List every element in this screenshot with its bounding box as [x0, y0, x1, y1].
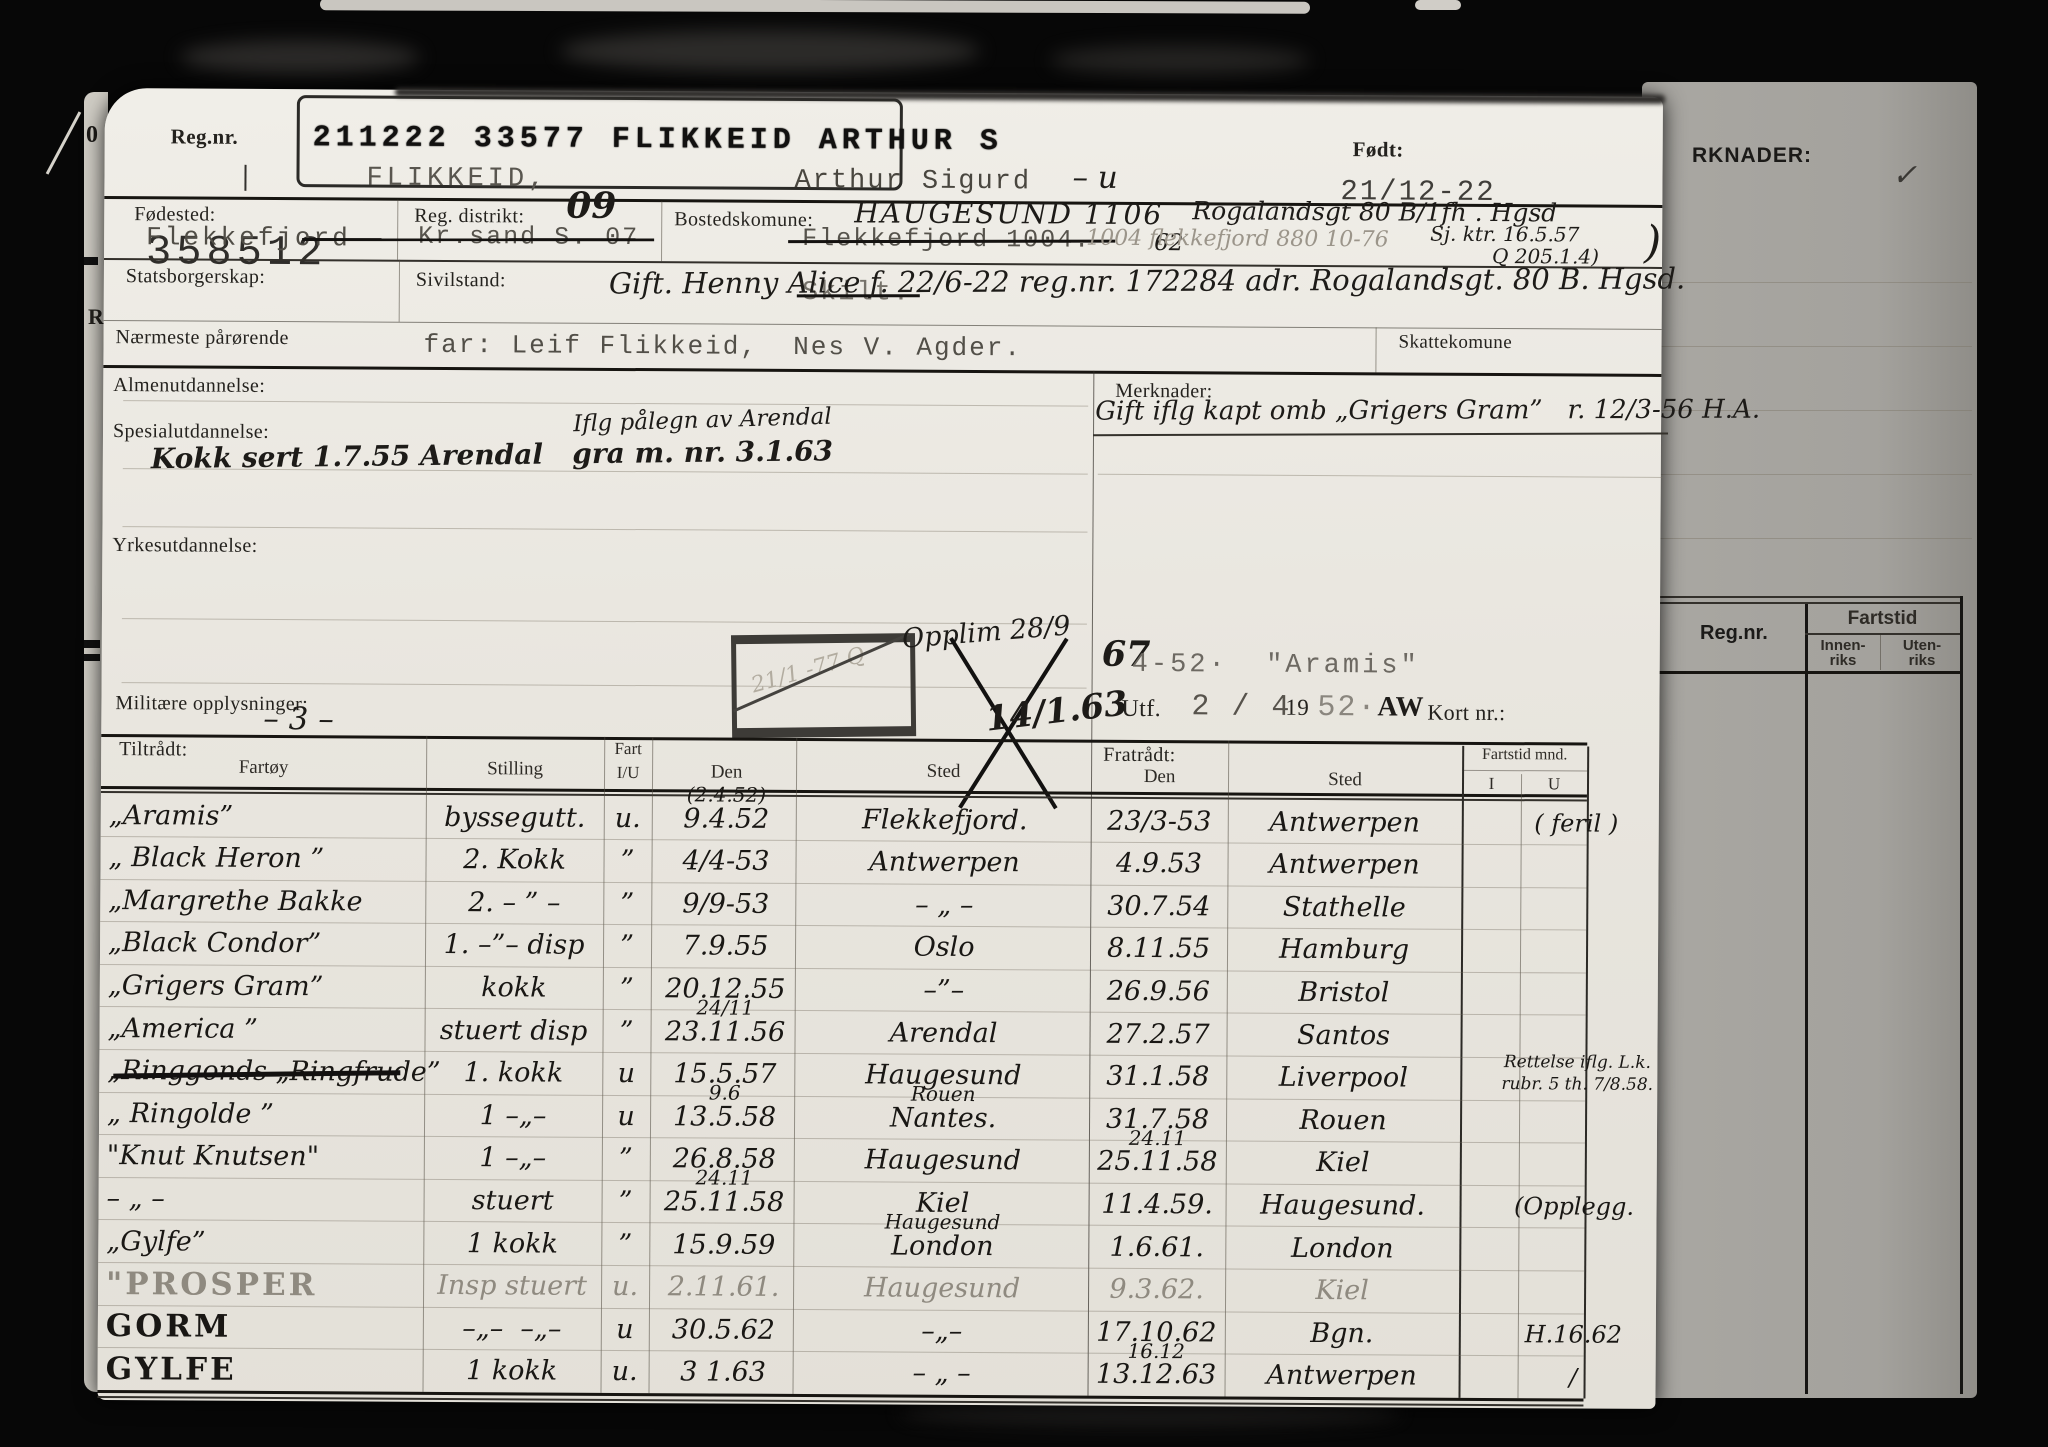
edge-mark-r: R — [88, 304, 104, 330]
remarks-hand: Gift iflg kapt omb „Grigers Gram” r. 12/… — [1095, 395, 1760, 427]
scan-smudge — [180, 40, 420, 74]
utf-day-typed: 2 / 4 — [1191, 690, 1291, 725]
rule — [122, 526, 1087, 533]
ship-register-card: Reg.nr. 358512 211222 33577 FLIKKEID ART… — [97, 88, 1663, 1409]
rule — [123, 400, 1088, 407]
rule — [1652, 474, 1972, 475]
edge-paren-hand: ) — [1644, 217, 1661, 268]
cell-fartoy: „Ringgonds „Ringfrude” — [107, 1050, 419, 1094]
cell-fratradt-sted: Bristol — [1230, 971, 1458, 1014]
cell-fratradt-sted: Antwerpen — [1231, 800, 1459, 843]
cell-fart: ” — [602, 1010, 650, 1052]
given-names-typed: Arthur Sigurd — [794, 166, 1031, 197]
cell-fartoy: "Knut Knutsen" — [107, 1135, 419, 1179]
col-header-stilling: Stilling — [426, 758, 604, 781]
cell-sted: – „ – — [797, 1352, 1085, 1396]
citizenship-label: Statsborgerskap: — [126, 265, 265, 289]
cell-stilling: –„– –„– — [426, 1307, 598, 1350]
col-header-sted: Sted — [796, 760, 1091, 784]
edge-dash — [84, 640, 100, 648]
underline — [1093, 432, 1668, 436]
cell-stilling: kokk — [428, 966, 600, 1009]
cell-stilling: 1 –„– — [427, 1137, 599, 1180]
x-date-hand: 14/1.63 — [984, 683, 1130, 739]
scanned-register-card-page: 0 R RKNADER: ✓ Reg.nr. Fartstid Innen- r… — [0, 0, 2048, 1447]
marital-hand: Gift. Henny Alice f. 22/6-22 reg.nr. 172… — [609, 261, 1685, 300]
cell-stilling: 1. kokk — [427, 1051, 599, 1094]
rule — [104, 320, 1662, 330]
cell-fratradt-sted: Haugesund. — [1228, 1184, 1456, 1227]
vocational-education-label: Yrkesutdannelse: — [112, 534, 257, 558]
cell-fratradt-sted: Antwerpen — [1230, 843, 1458, 886]
scan-slash-mark — [46, 111, 82, 174]
col-header-fart: Fart — [597, 739, 659, 759]
cell-fratradt-sted: Antwerpen — [1227, 1354, 1455, 1397]
cell-stilling: 2. – ” – — [428, 881, 600, 924]
cell-fratradt-sted: Kiel — [1228, 1269, 1456, 1312]
rule — [1880, 635, 1881, 670]
cell-stilling: byssegutt. — [429, 796, 601, 839]
aw-stamp: AW — [1377, 691, 1424, 723]
cell-fartoy: "PROSPER — [106, 1263, 418, 1307]
edge-mark-zero: 0 — [86, 122, 98, 149]
utf-century: 19 — [1285, 695, 1309, 721]
district-hand: 09 — [566, 185, 616, 227]
edge-dash — [84, 654, 100, 661]
cell-fartoy: „Margrethe Bakke — [108, 879, 420, 923]
utenriks-line2: riks — [1909, 652, 1936, 669]
name-stamp: 211222 33577 FLIKKEID ARTHUR S — [313, 121, 1003, 159]
cell-fartoy: „ Ringolde ” — [107, 1092, 419, 1136]
background-card-utenriks-label: Uten- riks — [1884, 638, 1960, 668]
background-card-regnr-label: Reg.nr. — [1700, 622, 1768, 645]
fratradt-label: Fratrådt: — [1103, 744, 1176, 767]
cell-fartoy: „Aramis” — [109, 794, 421, 838]
cell-stilling: Insp stuert — [426, 1264, 598, 1307]
cell-fartoy: GYLFE — [106, 1348, 418, 1392]
regnr-label: Reg.nr. — [171, 124, 239, 149]
first-ship-note-typed: 4-52· "Aramis" — [1132, 650, 1420, 682]
marital-label: Sivilstand: — [416, 269, 506, 293]
residence-struck: Flekkefjord 1004. — [802, 224, 1091, 255]
rule — [1650, 671, 1962, 674]
cell-fart: u. — [604, 797, 652, 839]
cell-fratradt-sted: Stathelle — [1230, 886, 1458, 929]
rule — [399, 260, 400, 322]
scan-top-sliver-right — [1415, 0, 1461, 10]
col-header-fartoy: Fartøy — [101, 756, 426, 780]
tick-mark — [244, 165, 246, 191]
cell-fratradt-sted: Hamburg — [1230, 928, 1458, 971]
cell-fart: ” — [603, 925, 651, 967]
scan-smudge — [1050, 45, 1310, 75]
tax-municipality-label: Skattekomune — [1398, 331, 1512, 354]
col-header-fartstid: Fartstid mnd. — [1462, 746, 1587, 765]
background-card-merknader-label: RKNADER: — [1692, 144, 1812, 168]
utf-label: Utf. — [1121, 696, 1161, 723]
cell-fart: ” — [601, 1180, 649, 1222]
cell-fartoy: „Gylfe” — [106, 1220, 418, 1264]
hand-mark: – u — [1072, 160, 1118, 196]
strike-line — [302, 238, 654, 241]
scan-top-sliver — [320, 0, 1310, 14]
rule — [1650, 596, 1962, 598]
rule — [1652, 538, 1972, 539]
cell-stilling: 1 –„– — [427, 1094, 599, 1137]
next-of-kin-label: Nærmeste pårørende — [115, 326, 288, 350]
rule — [1805, 604, 1808, 1394]
cell-fart: u. — [601, 1265, 649, 1307]
office-note-hand: Sj. ktr. 16.5.57 — [1430, 222, 1579, 247]
cell-margin-note-line2 — [1466, 1370, 1686, 1395]
cell-fartoy: GORM — [106, 1305, 418, 1349]
utf-year-typed: 52· — [1317, 691, 1377, 725]
rule — [1375, 327, 1376, 372]
rule — [1960, 596, 1963, 1394]
oppl-note-hand: Opplim 28/9 — [901, 610, 1072, 655]
cell-fartoy: – „ – — [106, 1177, 418, 1221]
cell-fart: u — [602, 1052, 650, 1094]
cell-fratradt-sted: Kiel — [1229, 1141, 1457, 1184]
rule — [1098, 474, 1663, 478]
rule — [661, 201, 662, 261]
scan-smudge — [560, 30, 980, 72]
special-education-note-hand: Iflg pålegn av Arendal — [573, 404, 832, 438]
cell-fartoy: „America ” — [107, 1007, 419, 1051]
col-header-den: Den — [657, 761, 796, 784]
cell-den: 3 1.63 — [653, 1351, 792, 1394]
rule — [1652, 282, 1972, 283]
cell-fart: ” — [601, 1223, 649, 1265]
col-header-fra-sted: Sted — [1228, 768, 1462, 791]
background-card-innenriks-label: Innen- riks — [1808, 638, 1878, 668]
cell-stilling: stuert disp — [427, 1009, 599, 1052]
residence-pencil: 1004 flekkefjord 880 10-76 — [1086, 226, 1389, 253]
cell-stilling: stuert — [426, 1179, 598, 1222]
cell-stilling: 1. –”– disp — [428, 924, 600, 967]
born-label: Født: — [1353, 137, 1404, 162]
rule — [1805, 633, 1962, 635]
cell-fart: ” — [603, 839, 651, 881]
residence-label: Bostedskomune: — [674, 208, 813, 232]
military-info-hand: – 3 – — [263, 701, 334, 737]
cell-fart: ” — [603, 882, 651, 924]
cell-stilling: 2. Kokk — [428, 838, 600, 881]
cell-fratradt-sted: Rouen — [1229, 1099, 1457, 1142]
surname-typed: FLIKKEID, — [366, 164, 548, 195]
rule — [397, 200, 398, 260]
cell-fratradt-den: 13.12.63 — [1089, 1353, 1222, 1396]
rule — [103, 365, 1661, 377]
general-education-label: Almenutdannelse: — [113, 374, 265, 398]
cell-fratradt-sted: Liverpool — [1229, 1056, 1457, 1099]
cell-fart: u — [602, 1095, 650, 1137]
cell-fart: ” — [602, 1138, 650, 1180]
cell-fartoy: „Grigers Gram” — [108, 964, 420, 1008]
edge-dash — [84, 257, 98, 265]
background-card: RKNADER: ✓ Reg.nr. Fartstid Innen- riks … — [1642, 82, 1977, 1398]
col-header-i: I — [1462, 774, 1521, 794]
card-no-label: Kort nr.: — [1427, 700, 1505, 726]
rule — [1652, 346, 1972, 347]
col-header-u: U — [1521, 774, 1587, 794]
next-of-kin-value: far: Leif Flikkeid, Nes V. Agder. — [423, 330, 1022, 363]
district-struck: Kr.sand S. 07 — [418, 222, 639, 252]
innenriks-line2: riks — [1830, 652, 1857, 669]
background-card-check-mark: ✓ — [1892, 158, 1917, 193]
cell-fart: u — [601, 1308, 649, 1350]
cell-fartoy: „Black Condor” — [108, 922, 420, 966]
cell-fart: u. — [600, 1351, 648, 1393]
cell-fartoy: „ Black Heron ” — [108, 837, 420, 881]
rule — [1462, 770, 1587, 772]
cell-fratradt-sted: London — [1228, 1226, 1456, 1269]
cell-fratradt-sted: Santos — [1229, 1013, 1457, 1056]
rule — [122, 682, 1087, 689]
background-card-fartstid-label: Fartstid — [1805, 608, 1960, 630]
cell-stilling: 1 kokk — [425, 1350, 597, 1393]
cell-fart: ” — [603, 967, 651, 1009]
cell-fratradt-sted: Bgn. — [1228, 1312, 1456, 1355]
cell-stilling: 1 kokk — [426, 1222, 598, 1265]
col-header-iu: I/U — [601, 763, 655, 783]
